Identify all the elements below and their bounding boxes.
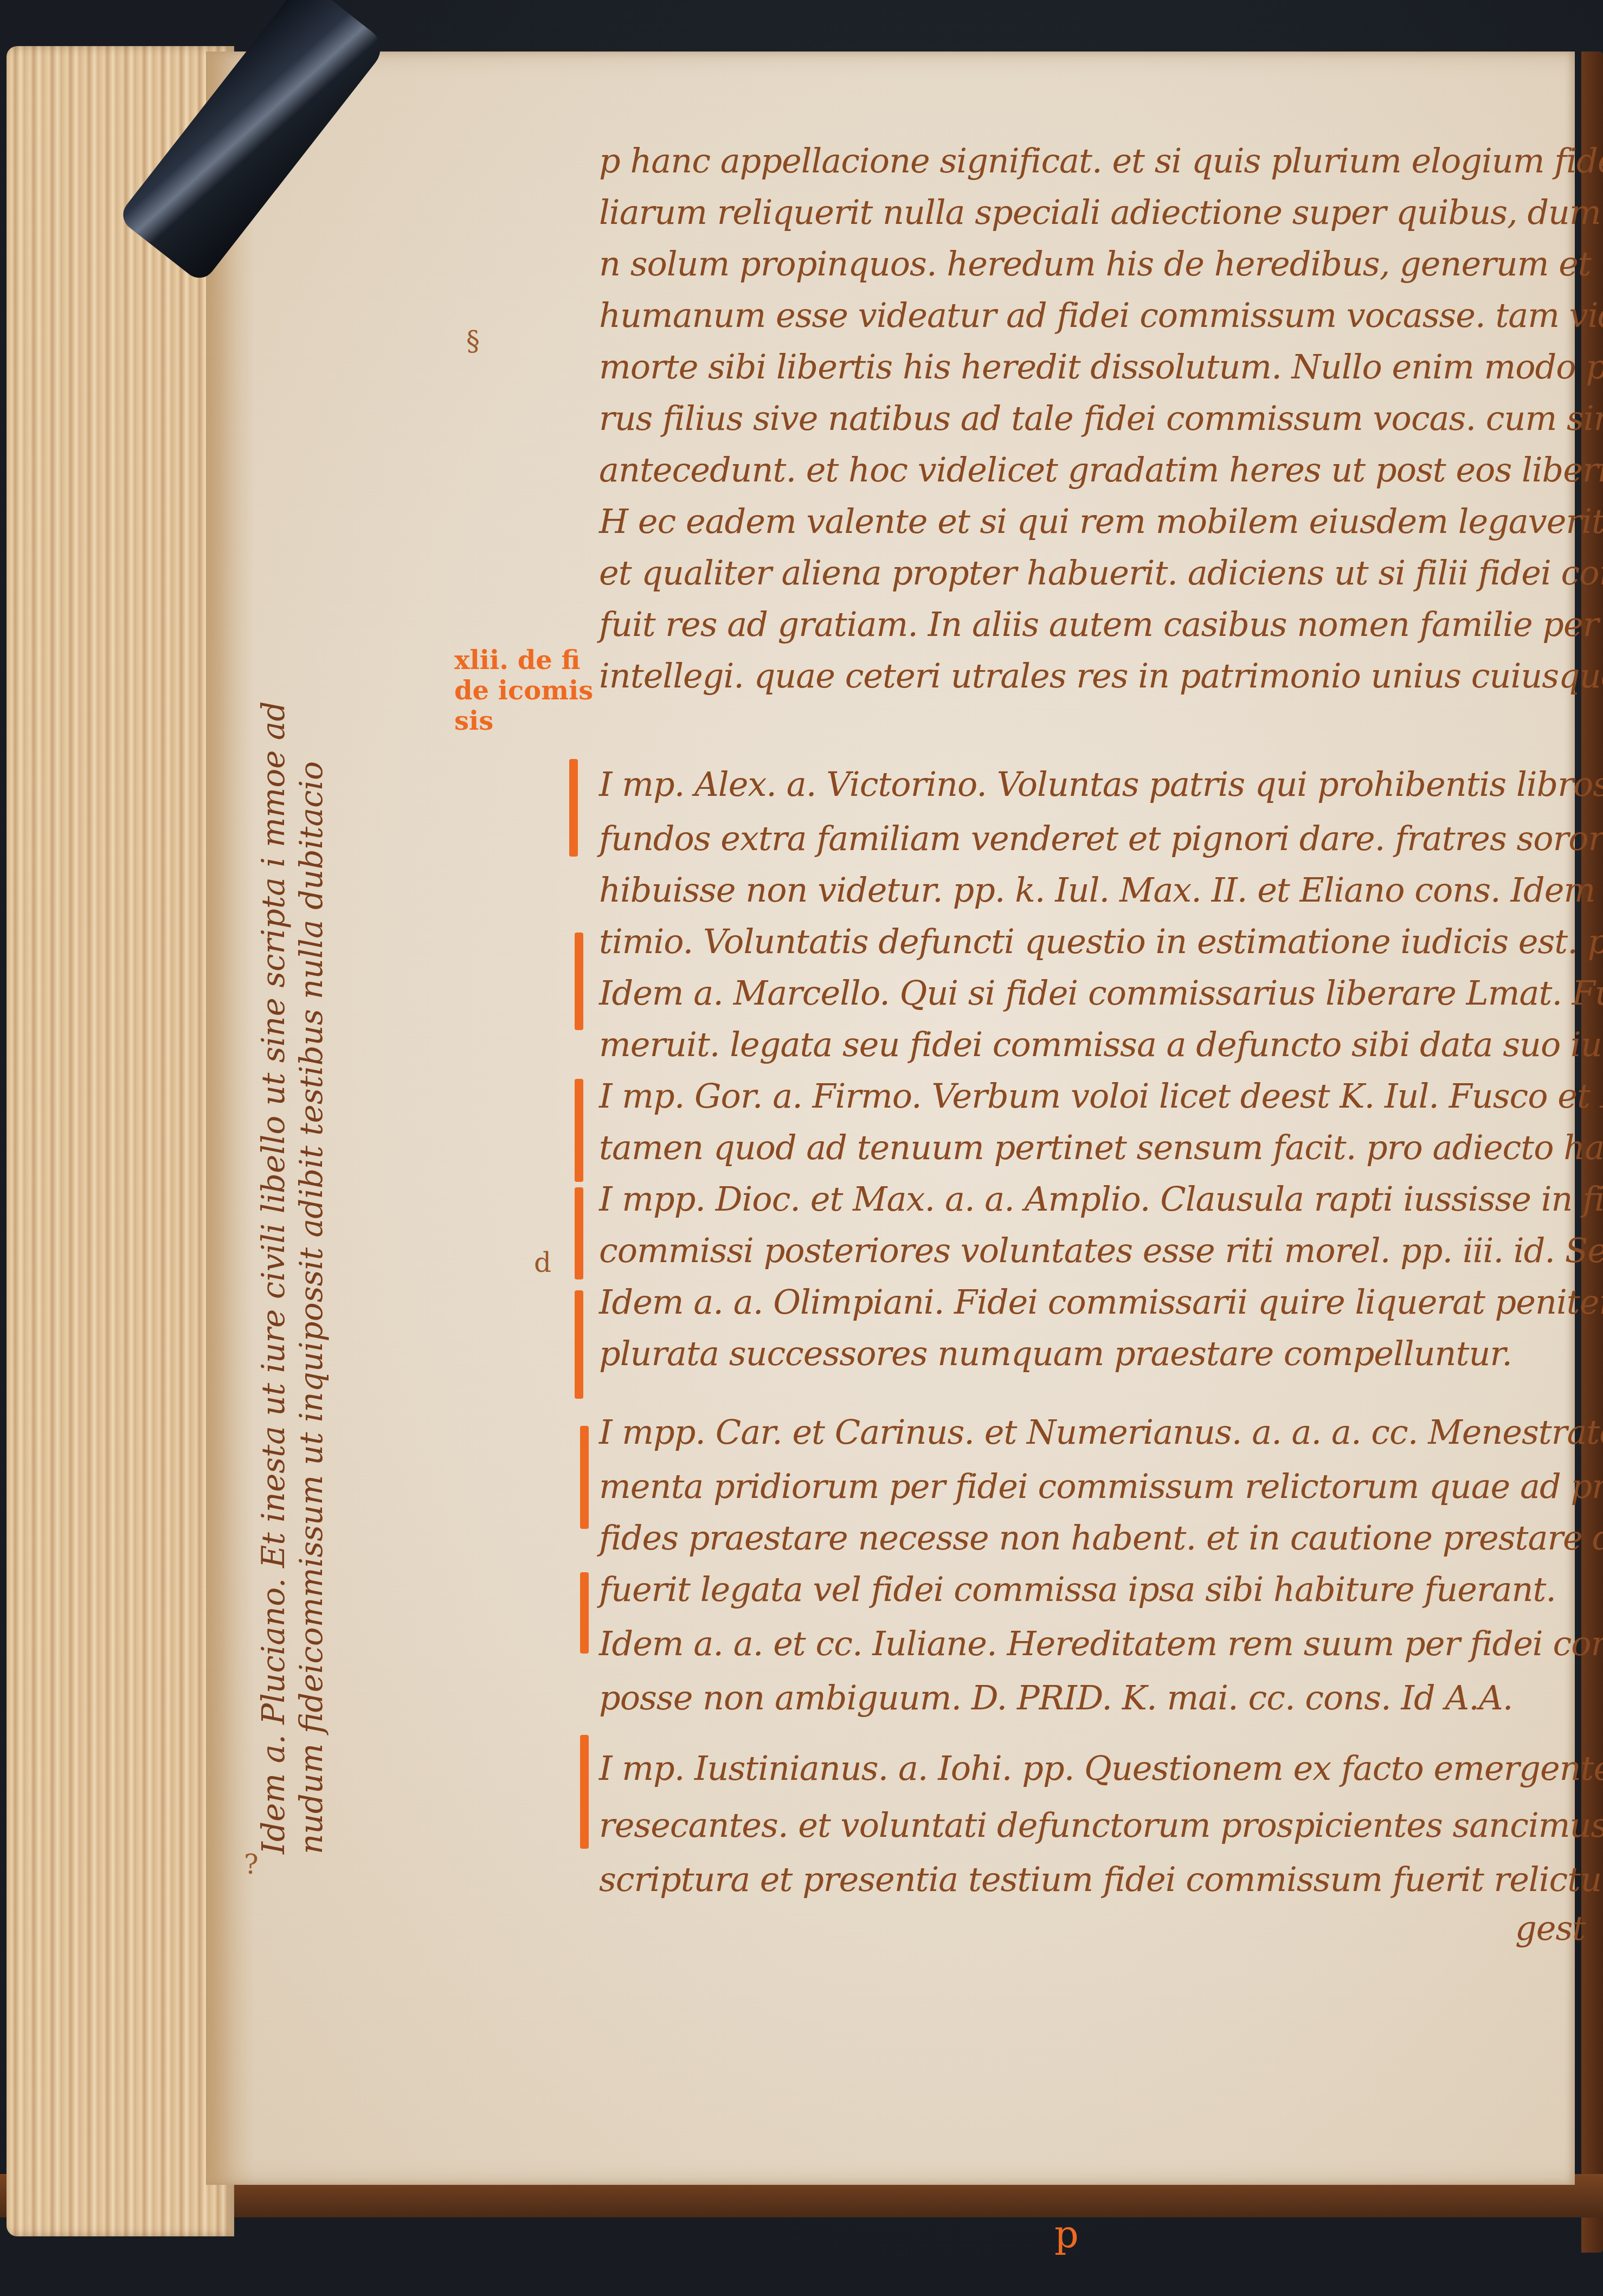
rubric-heading-line-3: sis [454, 706, 593, 736]
text-line: I mpp. Car. et Carinus. et Numerianus. a… [599, 1413, 1603, 1451]
rubric-heading-line-2: de icomis [454, 676, 593, 706]
text-line: fuerit legata vel fidei commissa ipsa si… [599, 1571, 1556, 1609]
margin-note-line-2: nudum fideicommissum ut inquipossit adib… [293, 761, 330, 1854]
text-line: rus filius sive natibus ad tale fidei co… [599, 400, 1603, 438]
text-line: p hanc appellacione significat. et si qu… [599, 142, 1603, 180]
text-line: n solum propinquos. heredum his de hered… [599, 245, 1603, 283]
margin-note-line-1: Idem a. Pluciano. Et inesta ut iure civi… [255, 701, 292, 1854]
text-line: humanum esse videatur ad fidei commissum… [599, 297, 1603, 335]
text-line: hibuisse non videtur. pp. k. Iul. Max. I… [599, 871, 1603, 909]
text-line: fides praestare necesse non habent. et i… [599, 1519, 1603, 1557]
text-line: fundos extra familiam venderet et pignor… [599, 820, 1603, 858]
page-stack [7, 46, 234, 2236]
text-line: menta pridiorum per fidei commissum reli… [599, 1468, 1603, 1506]
initial-I-5 [575, 1290, 583, 1399]
text-line: H ec eadem valente et si qui rem mobilem… [599, 503, 1603, 541]
initial-I-4 [575, 1187, 583, 1279]
margin-mark-2: d [534, 1247, 551, 1278]
margin-mark-1: § [466, 325, 480, 357]
text-line: I mp. Iustinianus. a. Iohi. pp. Question… [599, 1750, 1603, 1787]
text-line: et qualiter aliena propter habuerit. adi… [599, 554, 1603, 592]
text-line: antecedunt. et hoc videlicet gradatim he… [599, 451, 1603, 489]
text-line: intellegi. quae ceteri utrales res in pa… [599, 657, 1603, 695]
margin-mark-3: ? [244, 1849, 259, 1880]
rubric-heading-line-1: xlii. de fi [454, 645, 593, 676]
text-line: fuit res ad gratiam. In aliis autem casi… [599, 606, 1603, 644]
text-line: Idem a. a. Olimpiani. Fidei commissarii … [599, 1283, 1603, 1321]
folio-mark: p [1054, 2212, 1079, 2256]
initial-I-8 [580, 1735, 589, 1849]
rubric-heading: xlii. de fi de icomis sis [454, 645, 593, 736]
text-line: Idem a. a. et cc. Iuliane. Hereditatem r… [599, 1625, 1603, 1663]
initial-I-6 [580, 1426, 589, 1529]
initial-I-1 [569, 759, 578, 857]
text-line: timio. Voluntatis defuncti questio in es… [599, 923, 1603, 961]
text-line: tamen quod ad tenuum pertinet sensum fac… [599, 1129, 1603, 1167]
text-line: Idem a. Marcello. Qui si fidei commissar… [599, 974, 1603, 1012]
text-line: posse non ambiguum. D. PRID. K. mai. cc.… [599, 1679, 1512, 1717]
catchword: gest [1515, 1909, 1585, 1947]
initial-I-7 [580, 1572, 589, 1654]
initial-I-3 [575, 1079, 583, 1182]
text-line: I mp. Gor. a. Firmo. Verbum voloi licet … [599, 1077, 1603, 1115]
text-line: plurata successores numquam praestare co… [599, 1335, 1512, 1373]
text-line: scriptura et presentia testium fidei com… [599, 1861, 1603, 1899]
text-line: resecantes. et voluntati defunctorum pro… [599, 1806, 1603, 1844]
text-line: I mpp. Dioc. et Max. a. a. Amplio. Claus… [599, 1180, 1603, 1218]
text-line: commissi posteriores voluntates esse rit… [599, 1232, 1603, 1270]
text-line: liarum reliquerit nulla speciali adiecti… [599, 194, 1603, 231]
initial-I-2 [575, 932, 583, 1030]
text-line: meruit. legata seu fidei commissa a defu… [599, 1026, 1603, 1064]
text-line: morte sibi libertis his heredit dissolut… [599, 348, 1603, 386]
text-line: I mp. Alex. a. Victorino. Voluntas patri… [599, 766, 1603, 803]
